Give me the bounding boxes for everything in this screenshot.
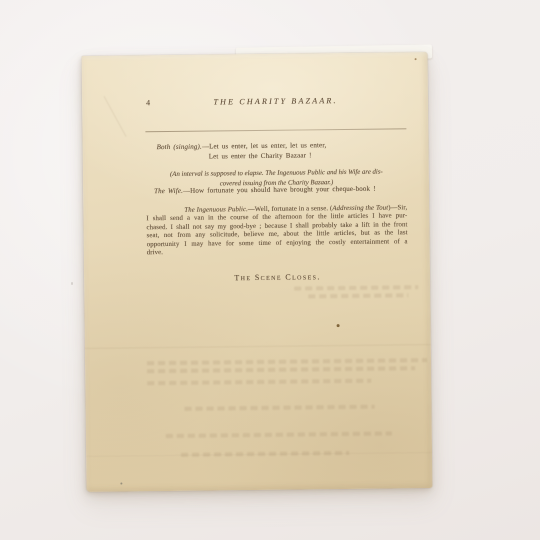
show-through-text — [166, 431, 392, 438]
show-through-text — [147, 379, 371, 386]
show-through-text — [185, 405, 375, 411]
header-rule — [145, 128, 406, 132]
photo-background: 4 THE CHARITY BAZAAR. Both (singing).—Le… — [0, 0, 540, 540]
show-through-text — [181, 451, 349, 457]
ink-speck — [120, 483, 122, 485]
wife-speech: The Wife.—How fortunate you should have … — [154, 185, 376, 196]
show-through-text — [147, 366, 415, 373]
wife-speech-text: —How fortunate you should have brought y… — [183, 185, 376, 195]
background-speck — [71, 282, 73, 285]
song-line-2: Let us enter the Charity Bazaar ! — [209, 151, 312, 160]
scene-closes-line: The Scene Closes. — [147, 271, 408, 283]
public-speech: The Ingenuous Public.—Well, fortunate in… — [146, 204, 408, 257]
ink-speck — [415, 58, 417, 60]
show-through-text — [308, 293, 408, 298]
horizontal-crease-upper — [85, 344, 431, 349]
song-line-1: Both (singing).—Let us enter, let us ent… — [157, 141, 327, 151]
song-speaker: Both (singing). — [157, 143, 202, 152]
song-line-1-text: —Let us enter, let us enter, let us ente… — [202, 141, 327, 150]
diagonal-crease — [104, 96, 127, 137]
show-through-text — [147, 358, 427, 365]
wife-speaker: The Wife. — [154, 187, 183, 195]
show-through-text — [294, 285, 418, 290]
document-page: 4 THE CHARITY BAZAAR. Both (singing).—Le… — [82, 52, 433, 492]
ink-speck — [337, 324, 340, 327]
running-header: THE CHARITY BAZAAR. — [145, 95, 406, 107]
